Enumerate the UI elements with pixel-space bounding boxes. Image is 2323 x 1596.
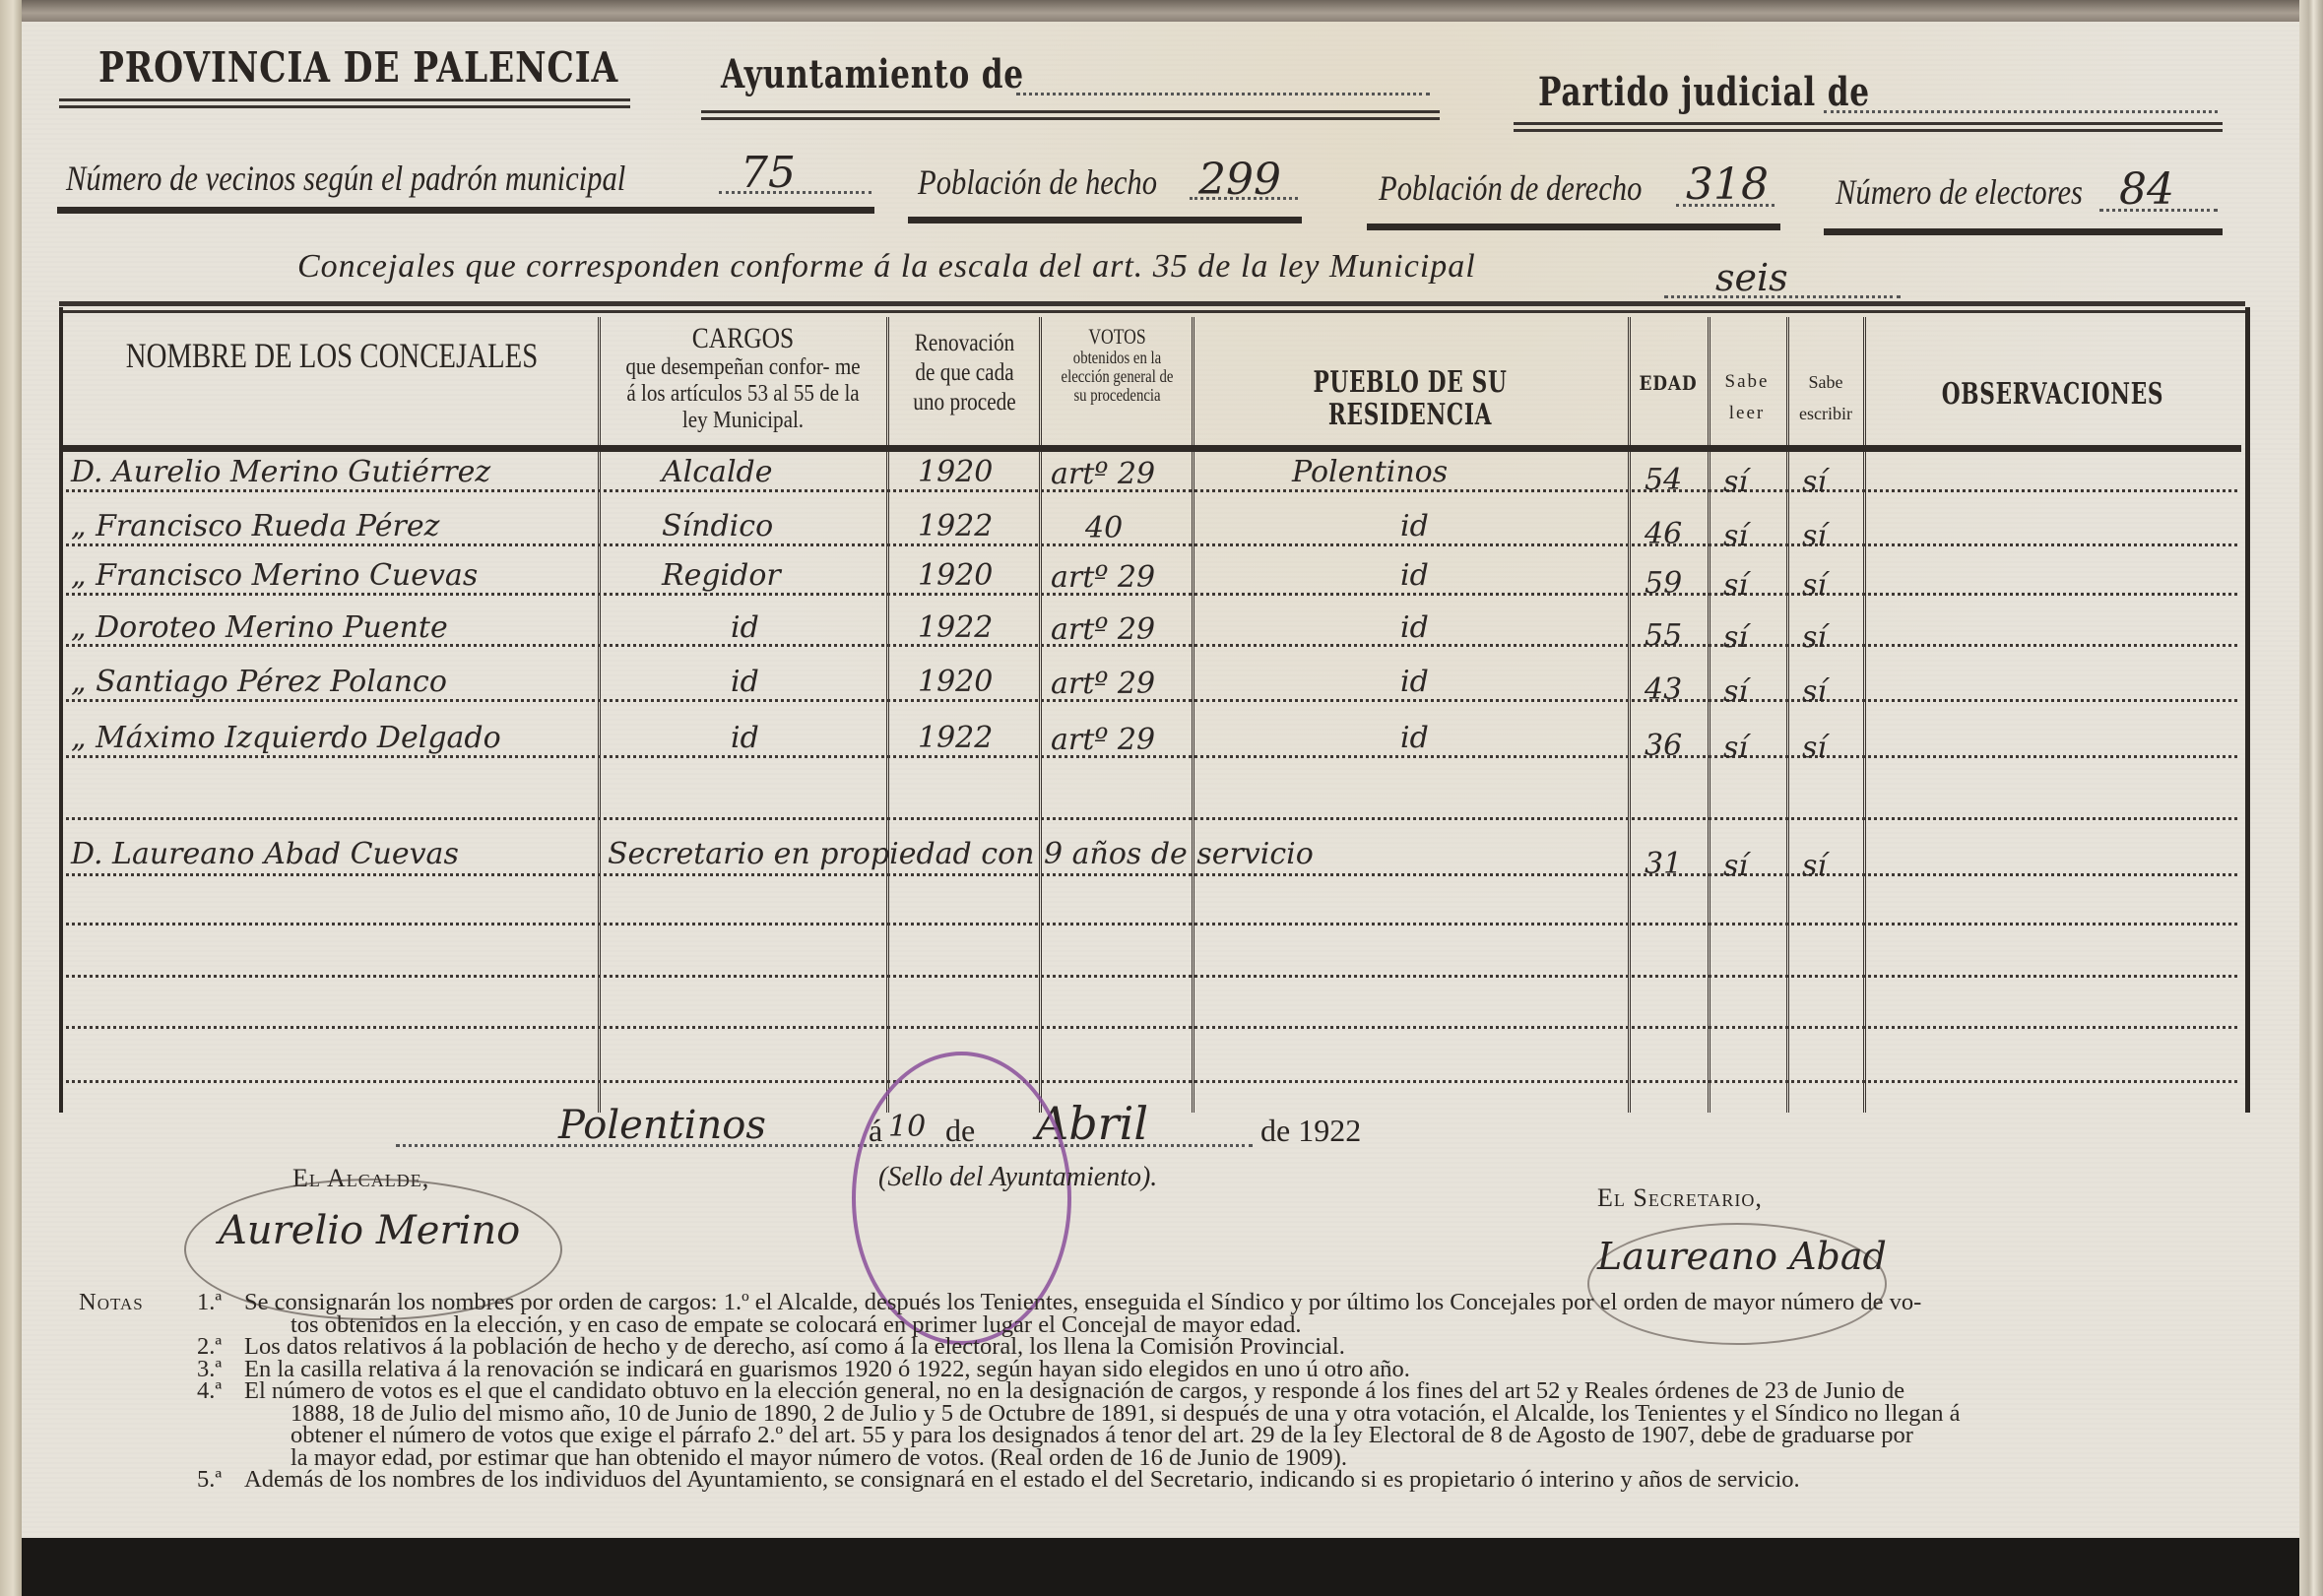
cell-votos: artº 29 — [1051, 723, 1155, 757]
secretario-label: El Secretario, — [1597, 1183, 1763, 1213]
facing-page-edge — [0, 0, 22, 1596]
cell-leer: sí — [1723, 620, 1748, 655]
partido-judicial-label: Partido judicial de — [1538, 69, 1870, 115]
cell-nombre: „ Máximo Izquierdo Delgado — [71, 721, 501, 755]
cell-escribir: sí — [1802, 568, 1827, 603]
header-renovacion: Renovación de que cada uno procede — [904, 329, 1025, 417]
cell-renovacion: 1922 — [918, 610, 993, 645]
cell-cargo: id — [731, 665, 759, 699]
cell-edad: 54 — [1645, 463, 1682, 497]
form-page: PROVINCIA DE PALENCIA Ayuntamiento de Pa… — [22, 22, 2299, 1538]
electores-label: Número de electores — [1836, 171, 2083, 213]
header-nombre: NOMBRE DE LOS CONCEJALES — [123, 337, 541, 376]
cell-secretario-note: Secretario en propiedad con 9 años de se… — [608, 837, 1314, 871]
row-rule — [66, 817, 2237, 820]
ayuntamiento-label: Ayuntamiento de — [721, 51, 1024, 97]
secretario-signature: Laureano Abad — [1597, 1235, 1887, 1278]
header-votos-title: VOTOS — [1061, 325, 1175, 349]
concejales-value: seis — [1715, 256, 1788, 299]
col-divider — [1786, 317, 1789, 1113]
divider — [1367, 223, 1780, 230]
col-divider — [1628, 317, 1631, 1113]
header-votos-sub: obtenidos en la elección general de su p… — [1059, 349, 1176, 405]
row-rule — [66, 1026, 2237, 1029]
cell-edad: 43 — [1645, 672, 1682, 707]
header-pueblo: PUEBLO DE SU RESIDENCIA — [1258, 366, 1563, 431]
vecinos-label: Número de vecinos según el padrón munici… — [66, 158, 625, 199]
alcalde-signature: Aurelio Merino — [219, 1208, 520, 1253]
cell-escribir: sí — [1802, 731, 1827, 765]
cell-votos: artº 29 — [1051, 457, 1155, 491]
header-cargos: CARGOS que desempeñan confor- me á los a… — [603, 322, 883, 434]
cell-pueblo: id — [1400, 509, 1429, 543]
cell-leer: sí — [1723, 731, 1748, 765]
divider — [57, 207, 874, 214]
cell-renovacion: 1920 — [918, 665, 993, 699]
col-divider — [1039, 317, 1042, 1113]
header-rule — [63, 445, 2241, 452]
header-edad: EDAD — [1638, 372, 1698, 394]
header-sabe-leer: Sabe leer — [1711, 366, 1782, 429]
header-sabe-escribir: Sabe escribir — [1790, 366, 1861, 429]
divider — [908, 217, 1302, 223]
cell-votos: 40 — [1085, 511, 1123, 545]
ayuntamiento-field[interactable] — [1016, 93, 1430, 96]
col-divider — [886, 317, 889, 1113]
row-rule — [66, 975, 2237, 978]
cell-votos: artº 29 — [1051, 560, 1155, 595]
councillors-table — [59, 307, 2250, 1113]
cell-leer: sí — [1723, 849, 1748, 883]
cell-pueblo: id — [1400, 610, 1429, 645]
partido-judicial-field[interactable] — [1824, 110, 2218, 113]
cell-cargo: Síndico — [662, 509, 773, 543]
cell-pueblo: id — [1400, 558, 1429, 593]
header-cargos-title: CARGOS — [623, 322, 862, 354]
note-number: 4.ª — [197, 1380, 244, 1403]
concejales-escala-label: Concejales que corresponden conforme á l… — [297, 248, 1476, 286]
row-rule — [66, 873, 2237, 876]
poblacion-derecho-label: Población de derecho — [1379, 167, 1642, 209]
cell-cargo: Alcalde — [662, 455, 773, 489]
cell-escribir: sí — [1802, 620, 1827, 655]
cell-nombre: „ Francisco Rueda Pérez — [71, 509, 439, 543]
note-number: 5.ª — [197, 1469, 244, 1492]
col-divider — [1863, 317, 1866, 1113]
date-place: Polentinos — [558, 1103, 766, 1148]
cell-nombre: „ Santiago Pérez Polanco — [71, 665, 447, 699]
col-divider — [1708, 317, 1710, 1113]
cell-leer: sí — [1723, 519, 1748, 553]
divider — [1514, 122, 2223, 132]
row-rule — [66, 1080, 2237, 1083]
divider — [59, 98, 630, 108]
cell-edad: 46 — [1645, 517, 1682, 551]
divider — [701, 110, 1440, 120]
poblacion-derecho-value: 318 — [1686, 160, 1769, 210]
cell-nombre: D. Laureano Abad Cuevas — [71, 837, 459, 871]
cell-edad: 36 — [1645, 729, 1682, 763]
cell-pueblo: id — [1400, 665, 1429, 699]
cell-pueblo: id — [1400, 721, 1429, 755]
date-year: de 1922 — [1260, 1113, 1361, 1149]
header-observaciones: OBSERVACIONES — [1920, 378, 2186, 411]
note-line: Además de los nombres de los individuos … — [244, 1466, 1800, 1493]
notes-title: Notas — [79, 1292, 144, 1314]
cell-edad: 59 — [1645, 566, 1682, 601]
electores-value: 84 — [2119, 164, 2174, 215]
cell-renovacion: 1922 — [918, 509, 993, 543]
cell-renovacion: 1922 — [918, 721, 993, 755]
header-votos: VOTOS obtenidos en la elección general d… — [1046, 325, 1189, 405]
row-rule — [66, 543, 2237, 546]
col-divider — [598, 317, 601, 1113]
cell-renovacion: 1920 — [918, 455, 993, 489]
cell-nombre: „ Francisco Merino Cuevas — [71, 558, 478, 593]
cell-nombre: D. Aurelio Merino Gutiérrez — [71, 455, 490, 489]
cell-votos: artº 29 — [1051, 612, 1155, 647]
header-cargos-sub: que desempeñan confor- me á los artículo… — [619, 354, 867, 434]
province-title: PROVINCIA DE PALENCIA — [98, 43, 618, 92]
page-stack-edge — [2299, 0, 2323, 1596]
cell-edad: 55 — [1645, 618, 1682, 653]
cell-cargo: id — [731, 610, 759, 645]
row-rule — [66, 923, 2237, 926]
poblacion-hecho-value: 299 — [1198, 155, 1281, 205]
cell-edad: 31 — [1645, 847, 1682, 881]
cell-escribir: sí — [1802, 465, 1827, 499]
cell-escribir: sí — [1802, 849, 1827, 883]
cell-pueblo: Polentinos — [1292, 455, 1448, 489]
vecinos-value: 75 — [741, 148, 796, 198]
cell-cargo: id — [731, 721, 759, 755]
cell-nombre: „ Doroteo Merino Puente — [71, 610, 448, 645]
col-divider — [1192, 317, 1194, 1113]
book-edge-top — [0, 0, 2323, 22]
divider — [1824, 228, 2223, 235]
cell-escribir: sí — [1802, 674, 1827, 709]
cell-leer: sí — [1723, 674, 1748, 709]
cell-leer: sí — [1723, 568, 1748, 603]
cell-escribir: sí — [1802, 519, 1827, 553]
cell-cargo: Regidor — [662, 558, 781, 593]
cell-votos: artº 29 — [1051, 667, 1155, 701]
note-1: 1.ªSe consignarán los nombres por orden … — [197, 1292, 1961, 1492]
note-number: 1.ª — [197, 1292, 244, 1314]
cell-leer: sí — [1723, 465, 1748, 499]
poblacion-hecho-label: Población de hecho — [918, 161, 1157, 203]
seal-label: (Sello del Ayuntamiento). — [878, 1162, 1157, 1193]
cell-renovacion: 1920 — [918, 558, 993, 593]
